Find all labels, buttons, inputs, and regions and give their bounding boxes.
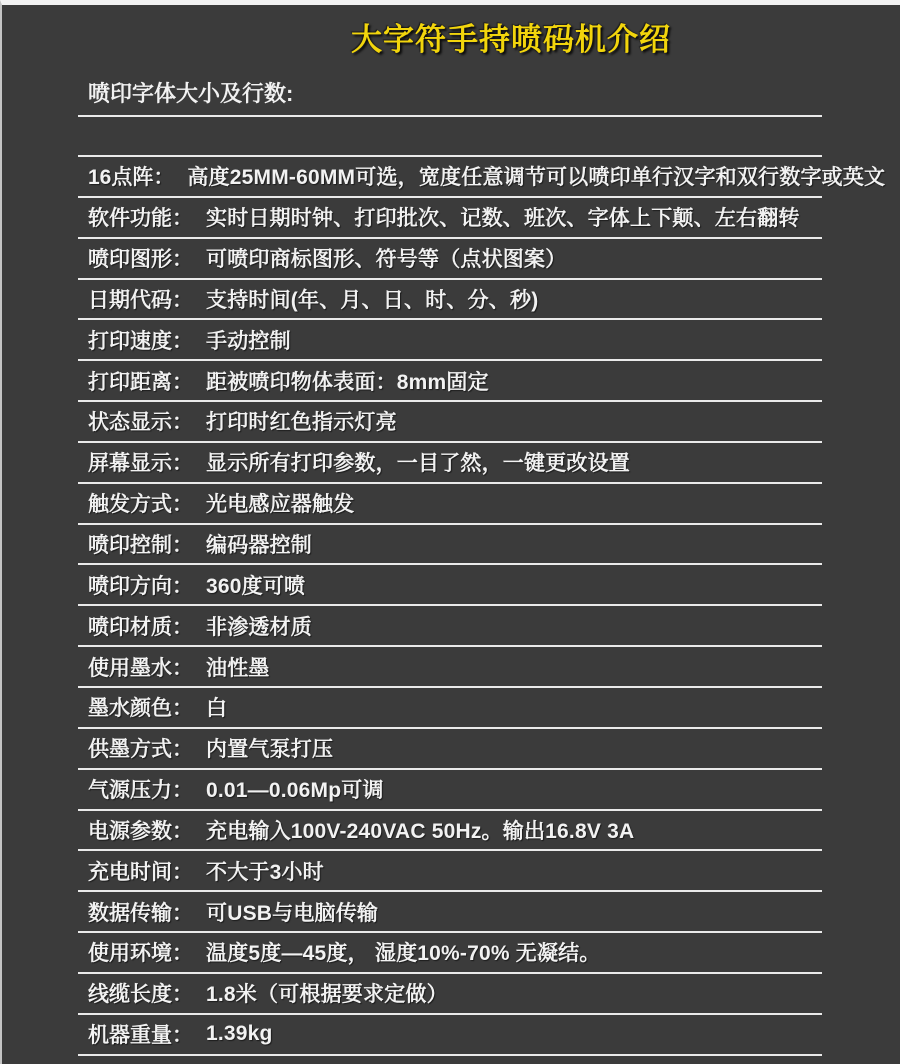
spec-row: 屏幕显示： 显示所有打印参数，一目了然，一键更改设置 — [78, 443, 822, 484]
spec-label: 数据传输： — [88, 897, 193, 927]
spec-rows: 16点阵： 高度25MM-60MM可选，宽度任意调节可以喷印单行汉字和双行数字或… — [78, 157, 822, 1056]
spec-row: 软件功能： 实时日期时钟、打印批次、记数、班次、字体上下颠、左右翻转 — [78, 198, 822, 239]
spec-row: 供墨方式： 内置气泵打压 — [78, 729, 822, 770]
spec-row: 墨水颜色： 白 — [78, 688, 822, 729]
spacer-row — [78, 117, 822, 157]
spec-label: 软件功能： — [88, 202, 193, 232]
spec-table: 喷印字体大小及行数: 16点阵： 高度25MM-60MM可选，宽度任意调节可以喷… — [78, 58, 822, 1056]
spec-label: 气源压力： — [88, 774, 193, 804]
spec-row: 机器重量： 1.39kg — [78, 1015, 822, 1056]
spec-label: 墨水颜色： — [88, 692, 193, 722]
spec-value: 实时日期时钟、打印批次、记数、班次、字体上下颠、左右翻转 — [206, 202, 800, 232]
spec-label: 日期代码： — [88, 284, 193, 314]
spec-row: 16点阵： 高度25MM-60MM可选，宽度任意调节可以喷印单行汉字和双行数字或… — [78, 157, 822, 198]
spec-value: 不大于3小时 — [206, 856, 324, 886]
spec-value: 0.01—0.06Mp可调 — [206, 774, 384, 804]
spec-sheet-page: 大字符手持喷码机介绍 喷印字体大小及行数: 16点阵： 高度25MM-60MM可… — [0, 0, 900, 1064]
spec-value: 打印时红色指示灯亮 — [206, 406, 397, 436]
spec-value: 编码器控制 — [206, 529, 312, 559]
spec-value: 1.8米（可根据要求定做） — [206, 978, 448, 1008]
spec-row: 打印速度： 手动控制 — [78, 320, 822, 361]
spec-label: 喷印控制： — [88, 529, 193, 559]
spec-row: 喷印方向： 360度可喷 — [78, 565, 822, 606]
spec-value: 非渗透材质 — [206, 611, 312, 641]
spec-label: 喷印图形： — [88, 243, 193, 273]
spec-label: 打印速度： — [88, 325, 193, 355]
spec-row: 状态显示： 打印时红色指示灯亮 — [78, 402, 822, 443]
spec-value: 支持时间(年、月、日、时、分、秒) — [206, 284, 538, 314]
spec-label: 屏幕显示： — [88, 447, 193, 477]
spec-row: 喷印材质： 非渗透材质 — [78, 606, 822, 647]
spec-row: 喷印控制： 编码器控制 — [78, 525, 822, 566]
spec-value: 1.39kg — [206, 1022, 273, 1046]
spec-value: 油性墨 — [206, 652, 270, 682]
spec-row: 使用墨水： 油性墨 — [78, 647, 822, 688]
spec-label: 使用墨水： — [88, 652, 193, 682]
spec-row: 线缆长度： 1.8米（可根据要求定做） — [78, 974, 822, 1015]
spec-value: 360度可喷 — [206, 570, 305, 600]
spec-value: 手动控制 — [206, 325, 291, 355]
spec-label: 电源参数： — [88, 815, 193, 845]
spec-row: 触发方式： 光电感应器触发 — [78, 484, 822, 525]
title-bar: 大字符手持喷码机介绍 — [2, 14, 900, 58]
spec-row: 喷印图形： 可喷印商标图形、符号等（点状图案） — [78, 239, 822, 280]
spec-value: 可USB与电脑传输 — [206, 897, 378, 927]
spec-label: 16点阵： — [88, 161, 174, 191]
spec-value: 高度25MM-60MM可选，宽度任意调节可以喷印单行汉字和双行数字或英文 — [187, 161, 885, 191]
spec-value: 白 — [206, 692, 227, 722]
spec-row: 充电时间： 不大于3小时 — [78, 851, 822, 892]
spec-label: 状态显示： — [88, 406, 193, 436]
spec-row: 气源压力： 0.01—0.06Mp可调 — [78, 770, 822, 811]
spec-row: 数据传输： 可USB与电脑传输 — [78, 892, 822, 933]
spec-value: 内置气泵打压 — [206, 733, 333, 763]
page-title: 大字符手持喷码机介绍 — [351, 14, 671, 59]
spec-label: 充电时间： — [88, 856, 193, 886]
section-header: 喷印字体大小及行数: — [78, 58, 822, 117]
spec-value: 距被喷印物体表面：8mm固定 — [206, 366, 489, 396]
spec-row: 使用环境： 温度5度—45度， 湿度10%-70% 无凝结。 — [78, 933, 822, 974]
spec-label: 机器重量： — [88, 1019, 193, 1049]
spec-label: 打印距离： — [88, 366, 193, 396]
spec-row: 日期代码： 支持时间(年、月、日、时、分、秒) — [78, 280, 822, 321]
spec-label: 使用环境： — [88, 937, 193, 967]
spec-label: 喷印材质： — [88, 611, 193, 641]
spec-value: 显示所有打印参数，一目了然，一键更改设置 — [206, 447, 630, 477]
spec-label: 供墨方式： — [88, 733, 193, 763]
spec-row: 电源参数： 充电输入100V-240VAC 50Hz。输出16.8V 3A — [78, 811, 822, 852]
spec-row: 打印距离： 距被喷印物体表面：8mm固定 — [78, 361, 822, 402]
spec-label: 触发方式： — [88, 488, 193, 518]
spec-value: 光电感应器触发 — [206, 488, 354, 518]
spec-value: 可喷印商标图形、符号等（点状图案） — [206, 243, 566, 273]
spec-value: 充电输入100V-240VAC 50Hz。输出16.8V 3A — [206, 815, 634, 845]
spec-value: 温度5度—45度， 湿度10%-70% 无凝结。 — [206, 937, 601, 967]
spec-label: 喷印方向： — [88, 570, 193, 600]
spec-label: 线缆长度： — [88, 978, 193, 1008]
